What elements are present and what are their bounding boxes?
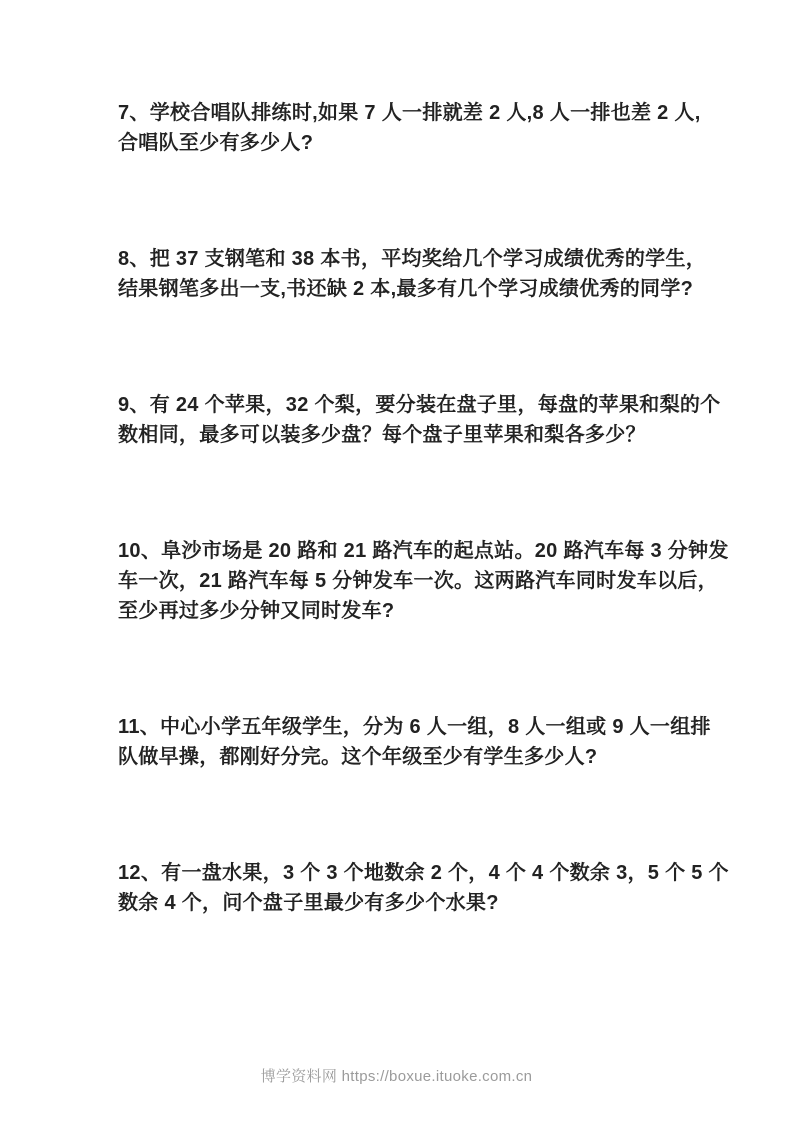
worksheet-page: 7、学校合唱队排练时,如果 7 人一排就差 2 人,8 人一排也差 2 人, 合… (0, 0, 793, 1122)
problem-12: 12、有一盘水果，3 个 3 个地数余 2 个，4 个 4 个数余 3，5 个 … (118, 858, 718, 918)
problem-9: 9、有 24 个苹果，32 个梨，要分装在盘子里，每盘的苹果和梨的个 数相同，最… (118, 390, 718, 450)
problem-7-line-2: 合唱队至少有多少人? (118, 128, 718, 158)
problem-7-line-1: 7、学校合唱队排练时,如果 7 人一排就差 2 人,8 人一排也差 2 人, (118, 98, 718, 128)
problem-9-line-2: 数相同，最多可以装多少盘？每个盘子里苹果和梨各多少？ (118, 420, 718, 450)
problem-10-line-1: 10、阜沙市场是 20 路和 21 路汽车的起点站。20 路汽车每 3 分钟发 (118, 536, 718, 566)
problem-11: 11、中心小学五年级学生，分为 6 人一组，8 人一组或 9 人一组排 队做早操… (118, 712, 718, 772)
footer-watermark: 博学资料网 https://boxue.ituoke.com.cn (0, 1066, 793, 1088)
problem-11-line-2: 队做早操，都刚好分完。这个年级至少有学生多少人? (118, 742, 718, 772)
problem-11-line-1: 11、中心小学五年级学生，分为 6 人一组，8 人一组或 9 人一组排 (118, 712, 718, 742)
problem-10-line-2: 车一次，21 路汽车每 5 分钟发车一次。这两路汽车同时发车以后， (118, 566, 718, 596)
problem-list: 7、学校合唱队排练时,如果 7 人一排就差 2 人,8 人一排也差 2 人, 合… (118, 98, 718, 1004)
problem-8-line-1: 8、把 37 支钢笔和 38 本书，平均奖给几个学习成绩优秀的学生， (118, 244, 718, 274)
problem-12-line-2: 数余 4 个，问个盘子里最少有多少个水果? (118, 888, 718, 918)
problem-9-line-1: 9、有 24 个苹果，32 个梨，要分装在盘子里，每盘的苹果和梨的个 (118, 390, 718, 420)
problem-7: 7、学校合唱队排练时,如果 7 人一排就差 2 人,8 人一排也差 2 人, 合… (118, 98, 718, 158)
problem-8-line-2: 结果钢笔多出一支,书还缺 2 本,最多有几个学习成绩优秀的同学? (118, 274, 718, 304)
problem-12-line-1: 12、有一盘水果，3 个 3 个地数余 2 个，4 个 4 个数余 3，5 个 … (118, 858, 718, 888)
problem-10-line-3: 至少再过多少分钟又同时发车? (118, 596, 718, 626)
problem-10: 10、阜沙市场是 20 路和 21 路汽车的起点站。20 路汽车每 3 分钟发 … (118, 536, 718, 626)
footer-watermark-text: 博学资料网 https://boxue.ituoke.com.cn (261, 1068, 533, 1085)
problem-8: 8、把 37 支钢笔和 38 本书，平均奖给几个学习成绩优秀的学生， 结果钢笔多… (118, 244, 718, 304)
